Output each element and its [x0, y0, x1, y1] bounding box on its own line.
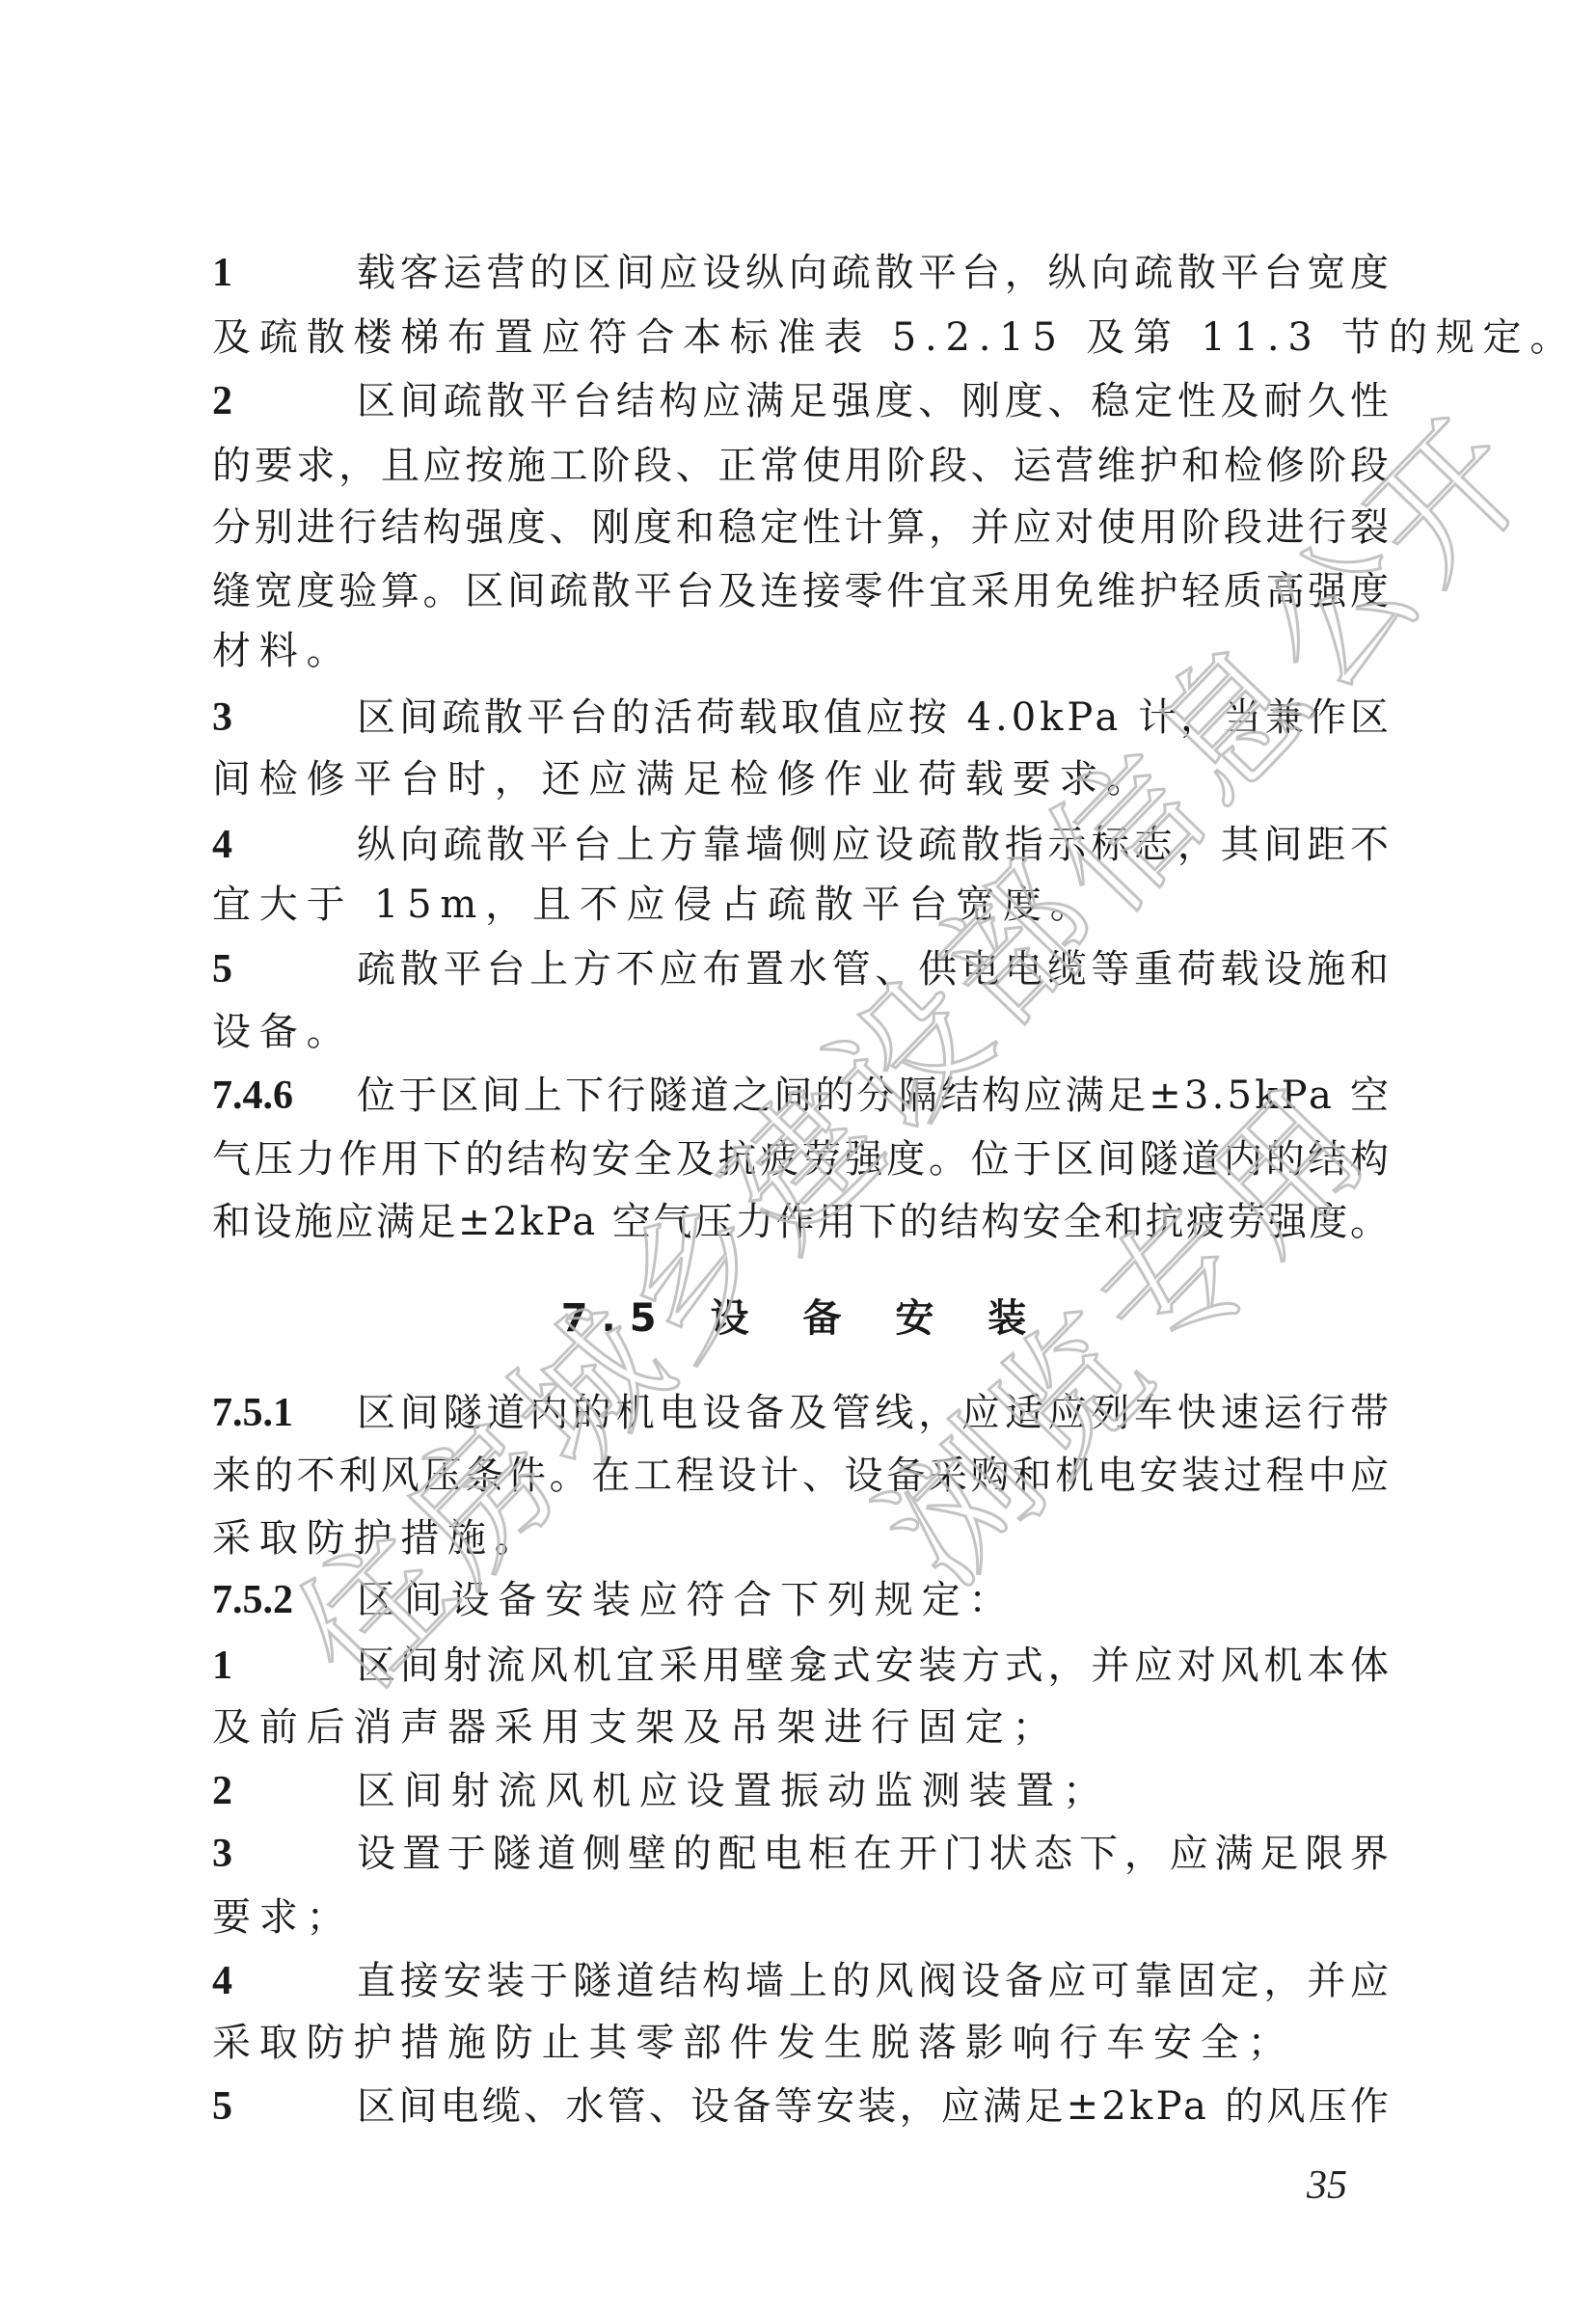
document-page: 1载客运营的区间应设纵向疏散平台，纵向疏散平台宽度及疏散楼梯布置应符合本标准表 … [0, 0, 1596, 2311]
list-item-line: 1载客运营的区间应设纵向疏散平台，纵向疏散平台宽度 [212, 244, 1389, 302]
text-line: 缝宽度验算。区间疏散平台及连接零件宜采用免维护轻质高强度 [212, 562, 1389, 620]
list-item-line: 1区间射流风机宜采用壁龛式安装方式，并应对风机本体 [212, 1637, 1389, 1695]
item-number: 2 [212, 1762, 357, 1820]
text-line: 间检修平台时，还应满足检修作业荷载要求。 [212, 750, 1389, 808]
line-text: 间检修平台时，还应满足检修作业荷载要求。 [212, 750, 1153, 808]
line-text: 材料。 [212, 622, 353, 680]
line-text: 区间隧道内的机电设备及管线，应适应列车快速运行带 [357, 1384, 1393, 1442]
text-line: 设备。 [212, 1003, 1389, 1061]
text-line: 宜大于 15m，且不应侵占疏散平台宽度。 [212, 876, 1389, 934]
line-text: 区间设备安装应符合下列规定： [357, 1571, 1015, 1629]
line-text: 区间射流风机宜采用壁龛式安装方式，并应对风机本体 [357, 1637, 1393, 1695]
line-text: 直接安装于隧道结构墙上的风阀设备应可靠固定，并应 [357, 1952, 1393, 2010]
line-text: 位于区间上下行隧道之间的分隔结构应满足±3.5kPa 空 [357, 1067, 1392, 1125]
line-text: 分别进行结构强度、刚度和稳定性计算，并应对使用阶段进行裂 [212, 499, 1393, 557]
list-item-line: 5疏散平台上方不应布置水管、供电电缆等重荷载设施和 [212, 940, 1389, 998]
text-line: 气压力作用下的结构安全及抗疲劳强度。位于区间隧道内的结构 [212, 1130, 1389, 1188]
item-number: 1 [212, 1637, 357, 1695]
text-line: 和设施应满足±2kPa 空气压力作用下的结构安全和抗疲劳强度。 [212, 1193, 1389, 1251]
line-text: 载客运营的区间应设纵向疏散平台，纵向疏散平台宽度 [357, 244, 1393, 302]
clause-line: 7.5.1区间隧道内的机电设备及管线，应适应列车快速运行带 [212, 1384, 1389, 1442]
line-text: 的要求，且应按施工阶段、正常使用阶段、运营维护和检修阶段 [212, 437, 1393, 495]
line-text: 及前后消声器采用支架及吊架进行固定； [212, 1699, 1059, 1756]
item-number: 4 [212, 816, 357, 874]
item-number: 1 [212, 244, 357, 302]
text-line: 采取防护措施防止其零部件发生脱落影响行车安全； [212, 2014, 1389, 2072]
text-line: 要求； [212, 1889, 1389, 1946]
text-line: 材料。 [212, 622, 1389, 680]
line-text: 区间疏散平台的活荷载取值应按 4.0kPa 计，当兼作区 [357, 689, 1393, 747]
line-text: 设置于隧道侧壁的配电柜在开门状态下，应满足限界 [357, 1825, 1395, 1883]
section-heading: 7.5 设 备 安 装 [212, 1290, 1389, 1347]
list-item-line: 3区间疏散平台的活荷载取值应按 4.0kPa 计，当兼作区 [212, 689, 1389, 747]
line-text: 和设施应满足±2kPa 空气压力作用下的结构安全和抗疲劳强度。 [212, 1193, 1392, 1251]
line-text: 区间电缆、水管、设备等安装，应满足±2kPa 的风压作 [357, 2078, 1392, 2135]
clause-number: 7.4.6 [212, 1067, 357, 1125]
item-number: 3 [212, 1825, 357, 1883]
text-line: 的要求，且应按施工阶段、正常使用阶段、运营维护和检修阶段 [212, 437, 1389, 495]
line-text: 采取防护措施防止其零部件发生脱落影响行车安全； [212, 2014, 1294, 2072]
line-text: 要求； [212, 1889, 353, 1946]
line-text: 缝宽度验算。区间疏散平台及连接零件宜采用免维护轻质高强度 [212, 562, 1393, 620]
line-text: 采取防护措施。 [212, 1509, 542, 1567]
list-item-line: 3设置于隧道侧壁的配电柜在开门状态下，应满足限界 [212, 1825, 1389, 1883]
text-line: 来的不利风压条件。在工程设计、设备采购和机电安装过程中应 [212, 1447, 1389, 1505]
item-number: 2 [212, 372, 357, 430]
list-item-line: 4直接安装于隧道结构墙上的风阀设备应可靠固定，并应 [212, 1952, 1389, 2010]
line-text: 气压力作用下的结构安全及抗疲劳强度。位于区间隧道内的结构 [212, 1130, 1393, 1188]
item-number: 5 [212, 2078, 357, 2135]
list-item-line: 4纵向疏散平台上方靠墙侧应设疏散指示标志，其间距不 [212, 816, 1389, 874]
list-item-line: 2区间射流风机应设置振动监测装置； [212, 1762, 1389, 1820]
text-line: 分别进行结构强度、刚度和稳定性计算，并应对使用阶段进行裂 [212, 499, 1389, 557]
line-text: 来的不利风压条件。在工程设计、设备采购和机电安装过程中应 [212, 1447, 1393, 1505]
text-line: 采取防护措施。 [212, 1509, 1389, 1567]
line-text: 及疏散楼梯布置应符合本标准表 5.2.15 及第 11.3 节的规定。 [212, 309, 1577, 367]
text-line: 及前后消声器采用支架及吊架进行固定； [212, 1699, 1389, 1756]
list-item-line: 5区间电缆、水管、设备等安装，应满足±2kPa 的风压作 [212, 2078, 1389, 2135]
line-text: 区间疏散平台结构应满足强度、刚度、稳定性及耐久性 [357, 372, 1393, 430]
line-text: 疏散平台上方不应布置水管、供电电缆等重荷载设施和 [357, 940, 1393, 998]
text-line: 及疏散楼梯布置应符合本标准表 5.2.15 及第 11.3 节的规定。 [212, 309, 1389, 367]
line-text: 设备。 [212, 1003, 353, 1061]
item-number: 5 [212, 940, 357, 998]
clause-number: 7.5.1 [212, 1384, 357, 1442]
list-item-line: 2区间疏散平台结构应满足强度、刚度、稳定性及耐久性 [212, 372, 1389, 430]
clause-number: 7.5.2 [212, 1571, 357, 1629]
item-number: 4 [212, 1952, 357, 2010]
clause-line: 7.4.6位于区间上下行隧道之间的分隔结构应满足±3.5kPa 空 [212, 1067, 1389, 1125]
line-text: 纵向疏散平台上方靠墙侧应设疏散指示标志，其间距不 [357, 816, 1393, 874]
line-text: 区间射流风机应设置振动监测装置； [357, 1762, 1110, 1820]
line-text: 宜大于 15m，且不应侵占疏散平台宽度。 [212, 876, 1097, 934]
item-number: 3 [212, 689, 357, 747]
page-number: 35 [1307, 2162, 1347, 2209]
clause-line: 7.5.2区间设备安装应符合下列规定： [212, 1571, 1389, 1629]
